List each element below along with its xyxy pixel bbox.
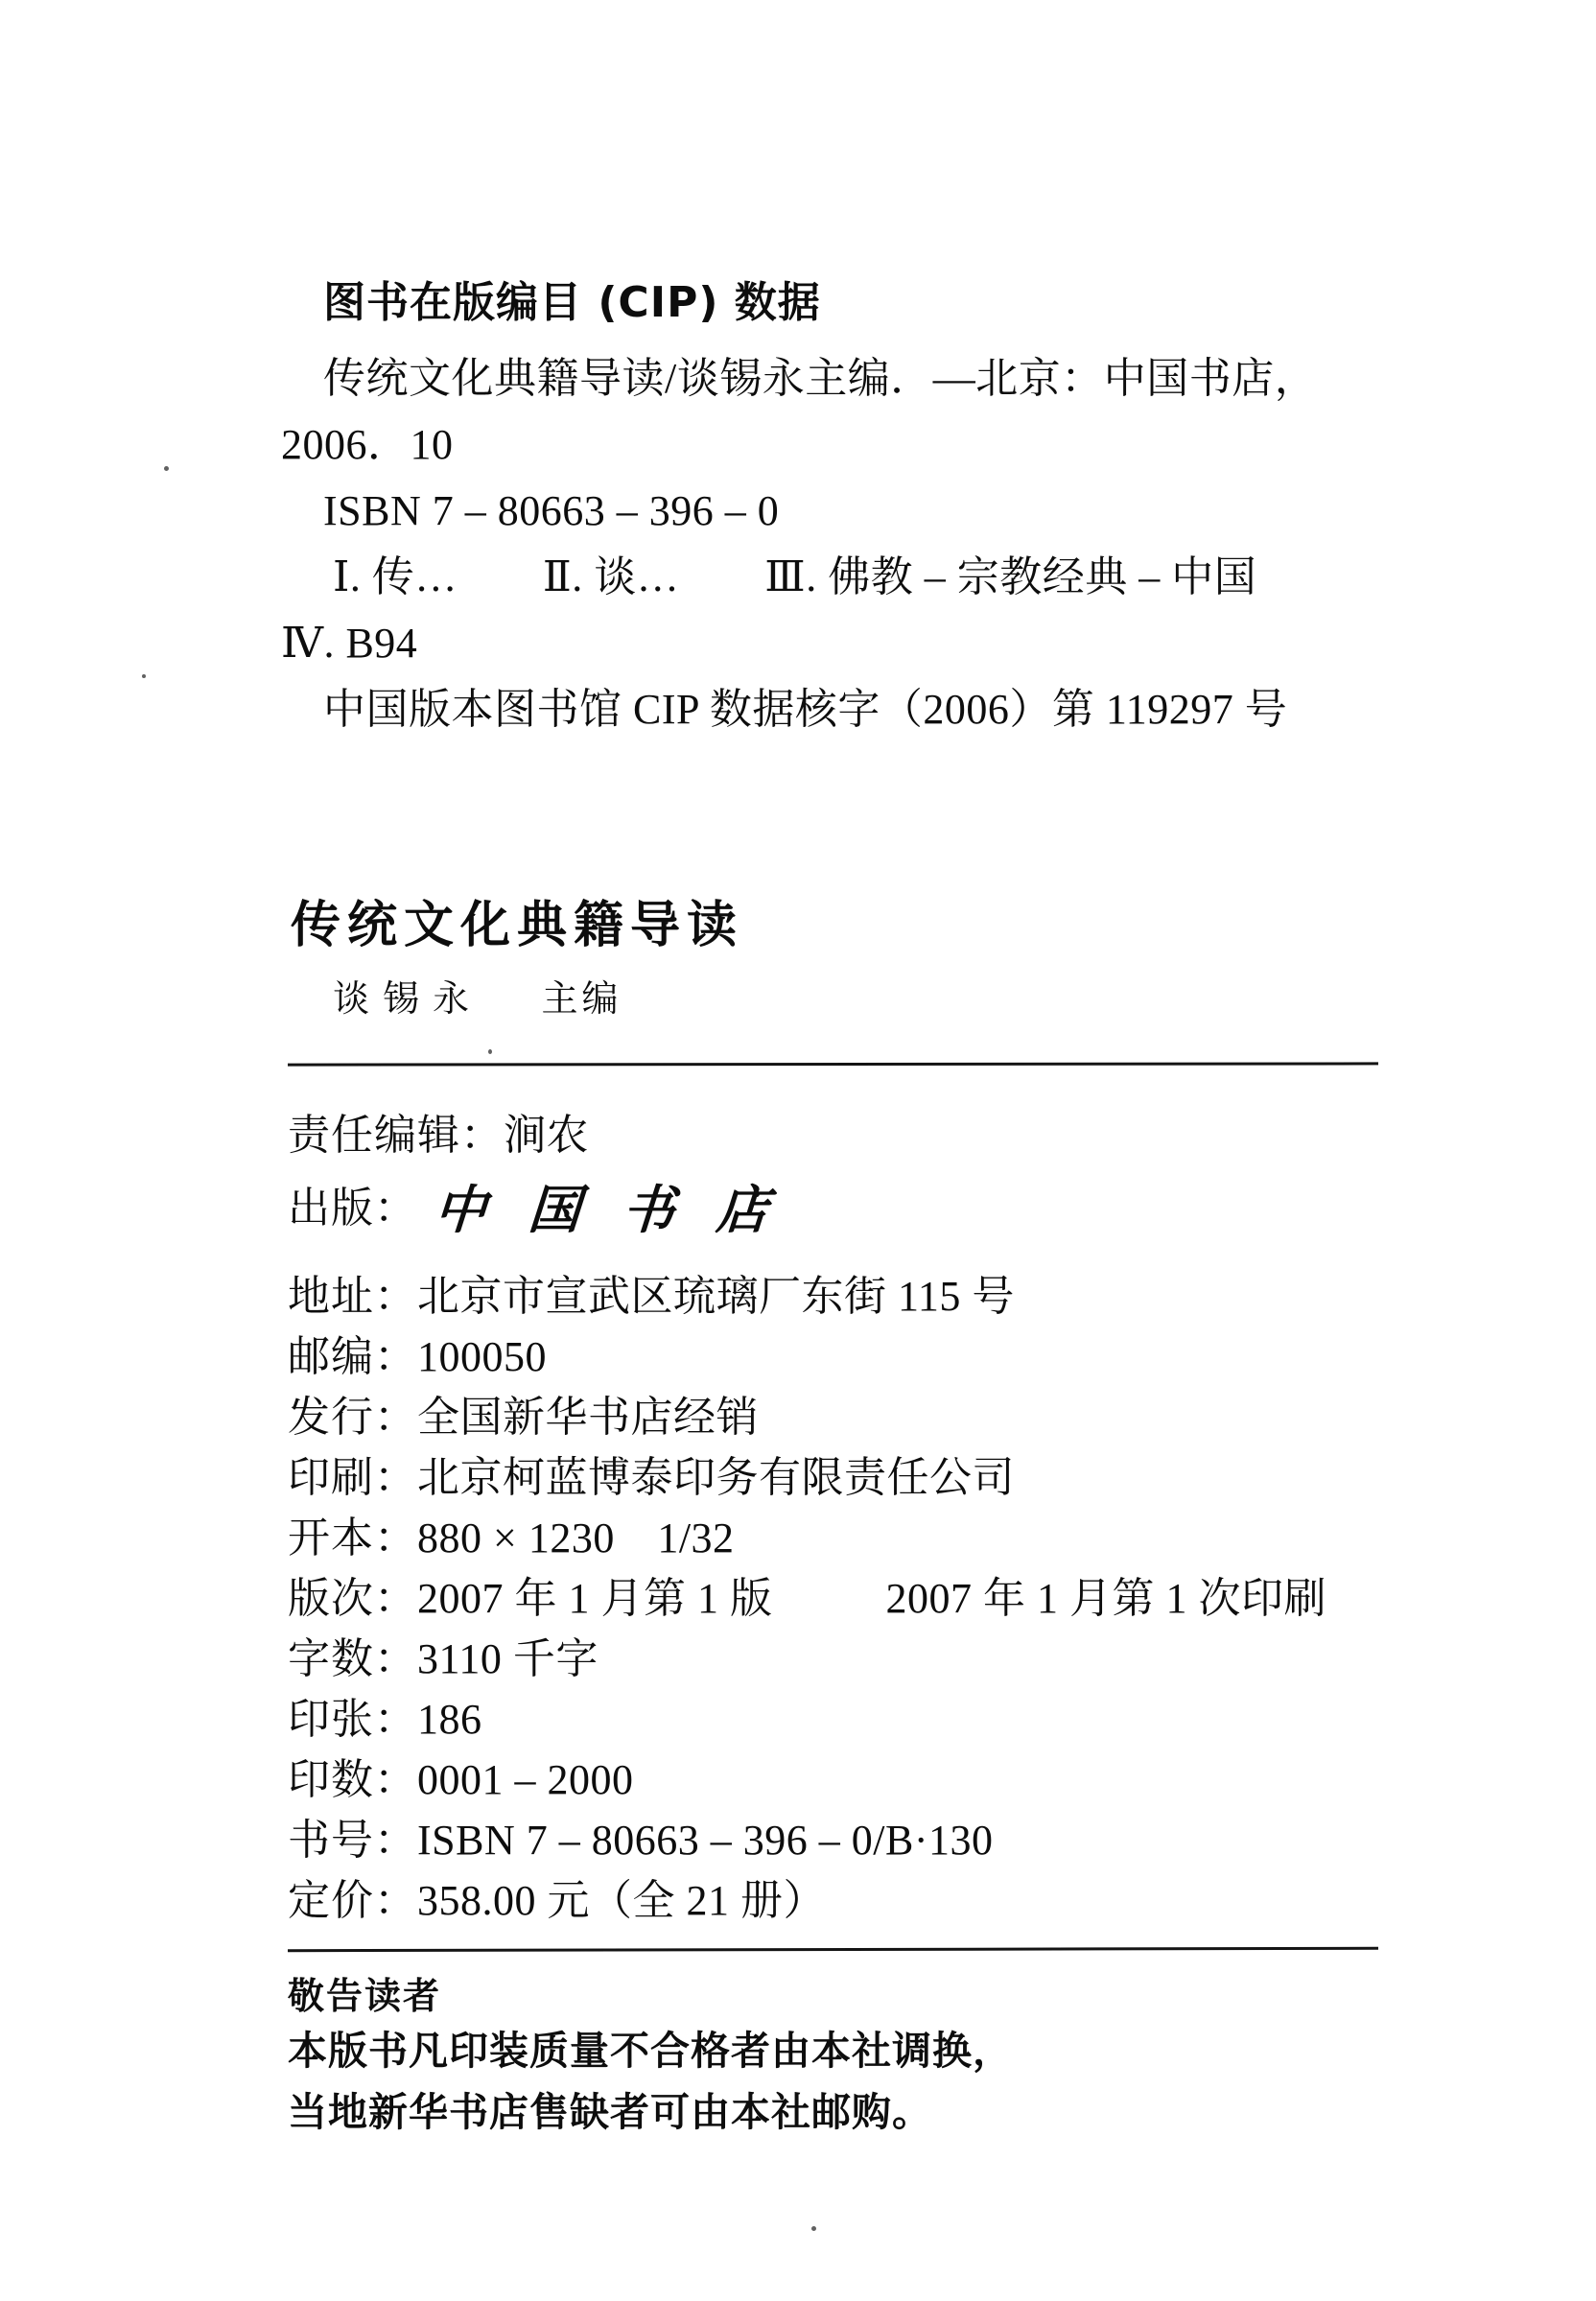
scan-speck: [488, 1049, 492, 1054]
pub-row-publisher: 出版：中国书店: [288, 1168, 1326, 1266]
pub-label: 字数：: [288, 1635, 417, 1682]
publication-info: 责任编辑：涧农 出版：中国书店 地址：北京市宣武区琉璃厂东街 115 号 邮编：…: [288, 1103, 1326, 1931]
scan-speck: [811, 2226, 816, 2231]
title-block: 传统文化典籍导读 谈锡永 主编: [291, 898, 743, 1021]
pub-value-printing: 2007 年 1 月第 1 次印刷: [886, 1575, 1327, 1622]
cip-heading: 图书在版编目 (CIP) 数据: [281, 270, 1413, 336]
pub-row-edition: 版次：2007 年 1 月第 1 版2007 年 1 月第 1 次印刷: [288, 1568, 1326, 1629]
pub-label: 印张：: [288, 1696, 417, 1743]
pub-row-postcode: 邮编：100050: [288, 1327, 1326, 1387]
divider-top: [288, 1062, 1378, 1066]
pub-row-wordcount: 字数：3110 千字: [288, 1629, 1326, 1689]
pub-label: 定价：: [288, 1877, 417, 1924]
copyright-page: 图书在版编目 (CIP) 数据 传统文化典籍导读/谈锡永主编．—北京：中国书店，…: [0, 0, 1596, 2301]
pub-row-distribution: 发行：全国新华书店经销: [288, 1387, 1326, 1447]
notice-line-2: 当地新华书店售缺者可由本社邮购。: [288, 2081, 1013, 2143]
pub-value: 100050: [417, 1333, 547, 1380]
pub-value: 880 × 1230 1/32: [417, 1514, 735, 1561]
notice-heading: 敬告读者: [288, 1972, 1013, 2020]
reader-notice: 敬告读者 本版书凡印装质量不合格者由本社调换， 当地新华书店售缺者可由本社邮购。: [288, 1972, 1013, 2143]
book-byline: 谈锡永 主编: [333, 978, 743, 1021]
cip-classification-line: Ⅰ. 传… Ⅱ. 谈… Ⅲ. 佛教 – 宗教经典 – 中国: [281, 544, 1413, 610]
scan-speck: [142, 674, 146, 678]
notice-line-1: 本版书凡印装质量不合格者由本社调换，: [288, 2020, 1013, 2081]
pub-label: 邮编：: [288, 1333, 417, 1380]
pub-value: 北京市宣武区琉璃厂东街 115 号: [417, 1273, 1015, 1320]
pub-label: 发行：: [288, 1394, 417, 1441]
pub-value: 涧农: [504, 1112, 589, 1159]
pub-row-booknumber: 书号：ISBN 7 – 80663 – 396 – 0/B·130: [288, 1810, 1326, 1870]
pub-label: 印刷：: [288, 1454, 417, 1501]
pub-label: 出版：: [288, 1185, 417, 1232]
pub-row-printer: 印刷：北京柯蓝博泰印务有限责任公司: [288, 1447, 1326, 1508]
cip-classification-line-2: Ⅳ. B94: [281, 610, 1413, 676]
divider-bottom: [288, 1947, 1378, 1952]
pub-value: 0001 – 2000: [417, 1756, 634, 1803]
scan-speck: [164, 466, 169, 471]
cip-title-line: 传统文化典籍导读/谈锡永主编．—北京：中国书店，: [281, 345, 1413, 411]
pub-value: 3110 千字: [417, 1635, 598, 1682]
pub-value: 186: [417, 1696, 482, 1743]
pub-value: ISBN 7 – 80663 – 396 – 0/B·130: [417, 1817, 993, 1864]
pub-label: 责任编辑：: [288, 1112, 504, 1159]
pub-value: 全国新华书店经销: [417, 1394, 759, 1441]
pub-row-sheets: 印张：186: [288, 1689, 1326, 1749]
cip-block: 图书在版编目 (CIP) 数据 传统文化典籍导读/谈锡永主编．—北京：中国书店，…: [281, 270, 1413, 742]
pub-label: 印数：: [288, 1756, 417, 1803]
pub-value: 2007 年 1 月第 1 版: [417, 1575, 773, 1622]
cip-year-line: 2006．10: [281, 411, 1413, 478]
book-title: 传统文化典籍导读: [291, 898, 743, 953]
pub-label: 版次：: [288, 1575, 417, 1622]
pub-label: 开本：: [288, 1514, 417, 1561]
cip-record-line: 中国版本图书馆 CIP 数据核字（2006）第 119297 号: [281, 676, 1413, 742]
pub-row-editor: 责任编辑：涧农: [288, 1103, 1326, 1168]
pub-row-format: 开本：880 × 1230 1/32: [288, 1508, 1326, 1568]
pub-row-price: 定价：358.00 元（全 21 册）: [288, 1870, 1326, 1931]
pub-label: 书号：: [288, 1817, 417, 1864]
cip-isbn-line: ISBN 7 – 80663 – 396 – 0: [281, 478, 1413, 544]
publisher-logo: 中国书店: [432, 1170, 813, 1251]
pub-value: 358.00 元（全 21 册）: [417, 1877, 826, 1924]
pub-value: 北京柯蓝博泰印务有限责任公司: [417, 1454, 1015, 1501]
author-name: 谈锡永: [333, 979, 482, 1020]
author-role: 主编: [542, 979, 622, 1020]
pub-row-printrun: 印数：0001 – 2000: [288, 1749, 1326, 1810]
pub-row-address: 地址：北京市宣武区琉璃厂东街 115 号: [288, 1266, 1326, 1327]
pub-label: 地址：: [288, 1273, 417, 1320]
